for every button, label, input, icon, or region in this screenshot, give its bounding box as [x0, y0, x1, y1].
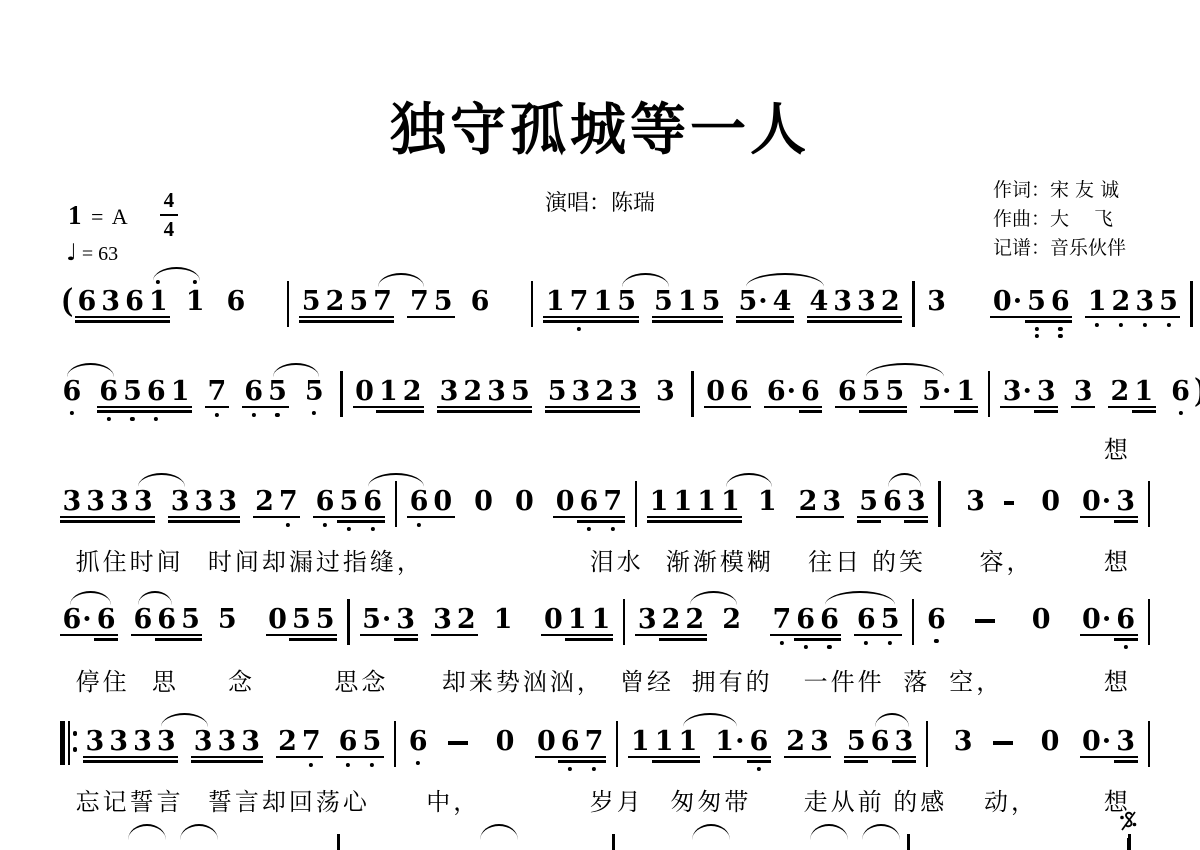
- note: 3: [951, 728, 975, 756]
- note: 3: [107, 728, 131, 756]
- low-octave-dot: [371, 527, 375, 531]
- note: 3: [831, 288, 855, 316]
- note: 3: [1034, 378, 1058, 406]
- note: 3: [99, 288, 123, 316]
- note: 3: [617, 378, 641, 406]
- barline: [394, 721, 397, 767]
- low-octave-dot: [312, 411, 316, 415]
- low-octave-dot: [1178, 411, 1182, 415]
- note: 6·: [60, 606, 94, 634]
- low-octave-dot: [568, 767, 572, 771]
- note: 6: [1169, 378, 1193, 406]
- note: 3: [808, 728, 832, 756]
- note: 2: [878, 288, 902, 316]
- note: 5: [215, 606, 239, 634]
- note: 6: [1048, 288, 1072, 316]
- low-octave-dot: [1124, 645, 1128, 649]
- note: 6: [94, 606, 118, 634]
- low-octave-dot: [864, 641, 868, 645]
- time-signature-bottom: 4: [164, 216, 175, 240]
- note: 2: [400, 378, 424, 406]
- note: 3: [108, 488, 132, 516]
- note: 0: [431, 488, 455, 516]
- barline: [907, 834, 910, 850]
- time-signature: 4 4: [160, 190, 179, 240]
- note: 3: [216, 488, 240, 516]
- note: 1: [719, 488, 743, 516]
- note: 3: [131, 488, 155, 516]
- note: 5: [1157, 288, 1181, 316]
- lyrics-row: 停住思念思念却来势汹汹，曾经拥有的一件件落空，想: [60, 662, 1180, 694]
- note: 1: [376, 378, 400, 406]
- note: 2: [659, 606, 683, 634]
- barline: [1127, 838, 1130, 850]
- lyric-segment: 却来势汹汹，: [442, 662, 604, 697]
- low-octave-dot: [1058, 327, 1062, 331]
- lyric-segment: 抓住时间: [76, 542, 184, 577]
- barline: [1190, 281, 1193, 327]
- low-octave-dot: [417, 523, 421, 527]
- note: 3: [437, 378, 461, 406]
- note: 1: [168, 378, 192, 406]
- slur-arc: [378, 273, 424, 287]
- barline: [623, 599, 626, 645]
- note: 6: [924, 606, 948, 634]
- note: 6: [854, 606, 878, 634]
- note: 6: [577, 488, 601, 516]
- note: 2: [276, 728, 300, 756]
- note: 1: [695, 488, 719, 516]
- note: 3: [653, 378, 677, 406]
- barline: [1148, 481, 1151, 527]
- note: 3: [485, 378, 509, 406]
- note: 1: [589, 606, 613, 634]
- time-signature-top: 4: [160, 190, 179, 216]
- lyrics-row: 忘记誓言誓言却回荡心中，岁月匆匆带走从前的感动，想: [60, 782, 1180, 814]
- low-octave-dot: [286, 523, 290, 527]
- note: 2: [461, 378, 485, 406]
- lyric-segment: 落: [903, 662, 930, 697]
- note: 3: [820, 488, 844, 516]
- note: 3·: [1000, 378, 1034, 406]
- note: 3: [60, 488, 84, 516]
- note: 6: [794, 606, 818, 634]
- lyric-segment: 想: [1104, 542, 1131, 577]
- note: 1: [954, 378, 978, 406]
- note: 5: [121, 378, 145, 406]
- note: 2: [454, 606, 478, 634]
- low-octave-dot: [592, 767, 596, 771]
- barline: [616, 721, 619, 767]
- note: 6: [1114, 606, 1138, 634]
- slur-arc: [683, 713, 737, 727]
- note: 7: [205, 378, 229, 406]
- note: 2: [784, 728, 808, 756]
- note: 6: [407, 488, 431, 516]
- note: 0: [553, 488, 577, 516]
- note: 0·: [1080, 606, 1114, 634]
- note: 3: [154, 728, 178, 756]
- lyric-segment: 岁月: [590, 782, 644, 817]
- low-octave-dot: [107, 417, 111, 421]
- note: 6: [97, 378, 121, 406]
- barline: [926, 721, 929, 767]
- note: 0: [704, 378, 728, 406]
- slur-arc: [368, 473, 424, 487]
- note: 4: [807, 288, 831, 316]
- slur-arc: [622, 273, 669, 287]
- lyric-segment: 空，: [949, 662, 1003, 697]
- note: 6: [242, 378, 266, 406]
- low-octave-dot: [804, 645, 808, 649]
- note: 3: [83, 728, 107, 756]
- barline: [988, 371, 991, 417]
- note: 7: [276, 488, 300, 516]
- note: 7: [567, 288, 591, 316]
- slur-arc: [161, 713, 208, 727]
- lyric-segment: 泪水: [590, 542, 644, 577]
- slur-arc: [128, 824, 166, 840]
- dash-note: [975, 619, 995, 623]
- notation-line: 6·666550555·3321011322276665600·6: [60, 606, 1160, 636]
- low-octave-dot: [587, 527, 591, 531]
- barline: [912, 281, 915, 327]
- note: 6: [868, 728, 892, 756]
- note: 0: [472, 488, 496, 516]
- note: 6: [406, 728, 430, 756]
- note: 3: [1133, 288, 1157, 316]
- low-octave-dot: [70, 411, 74, 415]
- note: 6: [468, 288, 492, 316]
- note: 0: [266, 606, 290, 634]
- note: 5·: [360, 606, 394, 634]
- barline: [287, 281, 290, 327]
- slur-arc: [875, 713, 909, 727]
- note: 2: [593, 378, 617, 406]
- note: 7: [407, 288, 431, 316]
- note: 4: [770, 288, 794, 316]
- note: 5: [652, 288, 676, 316]
- note: 5: [615, 288, 639, 316]
- barline: [691, 371, 694, 417]
- lyric-segment: 誓言却回荡心: [208, 782, 370, 817]
- note: 0: [493, 728, 517, 756]
- note: 3: [569, 378, 593, 406]
- barline: [531, 281, 534, 327]
- note: 3: [1071, 378, 1095, 406]
- slur-arc: [810, 824, 848, 840]
- note: 5: [179, 606, 203, 634]
- note: 3: [394, 606, 418, 634]
- note: 6: [336, 728, 360, 756]
- key-equals: =: [91, 204, 105, 229]
- note: 0: [1038, 728, 1062, 756]
- note: 3: [855, 288, 879, 316]
- note: 7: [601, 488, 625, 516]
- note: 3: [192, 488, 216, 516]
- lyrics-row: 想: [60, 430, 1180, 462]
- lyric-segment: 的感: [893, 782, 947, 817]
- note: 0: [353, 378, 377, 406]
- barline: [1148, 721, 1151, 767]
- key-signature: 1 = A: [68, 200, 130, 231]
- note: 1: [591, 288, 615, 316]
- low-octave-dot: [252, 413, 256, 417]
- low-octave-dot: [215, 413, 219, 417]
- note: 3: [239, 728, 263, 756]
- notation-line: 33333332765600671111·623563300·3: [60, 728, 1160, 758]
- lyric-segment: 曾经: [620, 662, 674, 697]
- note: 6: [835, 378, 859, 406]
- note: 1·: [713, 728, 747, 756]
- credit-lyricist: 作词：宋 友 诚: [993, 176, 1126, 205]
- note: 5: [266, 378, 290, 406]
- note: 2: [796, 488, 820, 516]
- lyric-segment: 忘记誓言: [76, 782, 184, 817]
- note: 2: [1109, 288, 1133, 316]
- lyric-segment: 拥有的: [692, 662, 773, 697]
- note: 5·: [920, 378, 954, 406]
- low-octave-dot: [1119, 323, 1123, 327]
- barline: [395, 481, 398, 527]
- lyric-segment: 想: [1104, 430, 1131, 465]
- note: 5: [347, 288, 371, 316]
- slur-arc: [138, 473, 185, 487]
- tempo-marking: ♩ = 63: [66, 240, 118, 266]
- note: 6: [131, 606, 155, 634]
- note: 7: [371, 288, 395, 316]
- note: 3: [84, 488, 108, 516]
- lyric-segment: 走从前: [804, 782, 885, 817]
- barline: [938, 481, 941, 527]
- lyric-segment: 的笑: [872, 542, 926, 577]
- note: 2: [323, 288, 347, 316]
- note: 6: [144, 378, 168, 406]
- slur-arc: [746, 273, 824, 287]
- note: 5: [508, 378, 532, 406]
- note: 0: [541, 606, 565, 634]
- lyric-segment: 动，: [984, 782, 1038, 817]
- credit-notation: 记谱：音乐伙伴: [993, 234, 1126, 263]
- low-octave-dot: [1034, 334, 1038, 338]
- lyric-segment: 时间却漏过指缝，: [208, 542, 424, 577]
- note: 5: [878, 606, 902, 634]
- note: 2: [720, 606, 744, 634]
- dash-note: [448, 741, 468, 745]
- credit-composer: 作曲：大 飞: [993, 205, 1126, 234]
- notation-line: 33333332765660000671111123563300·3: [60, 488, 1160, 518]
- note: 6: [747, 728, 771, 756]
- lyric-segment: 中，: [426, 782, 480, 817]
- low-octave-dot: [611, 527, 615, 531]
- note: 5: [313, 606, 337, 634]
- note: 0: [512, 488, 536, 516]
- note: 1: [565, 606, 589, 634]
- note: 1: [671, 488, 695, 516]
- note: 5: [857, 488, 881, 516]
- note: 5: [302, 378, 326, 406]
- lyric-segment: 渐渐模糊: [666, 542, 774, 577]
- note: 3: [925, 288, 949, 316]
- sheet-page: 独守孤城等一人 演唱：陈瑞 作词：宋 友 诚 作曲：大 飞 记谱：音乐伙伴 1 …: [0, 0, 1200, 850]
- note: 5: [859, 378, 883, 406]
- barline: [1148, 599, 1151, 645]
- note: 3: [635, 606, 659, 634]
- note: 5: [360, 728, 384, 756]
- note: 1: [652, 728, 676, 756]
- note: 6: [224, 288, 248, 316]
- tempo-value: 63: [98, 243, 118, 265]
- slur-arc: [866, 363, 944, 377]
- note: 2: [1108, 378, 1132, 406]
- note: 5: [289, 606, 313, 634]
- lyric-segment: 容，: [980, 542, 1034, 577]
- slur-arc: [67, 363, 114, 377]
- slur-arc: [153, 267, 200, 281]
- low-octave-dot: [1143, 323, 1147, 327]
- parenthesis: (: [60, 285, 75, 315]
- note: 6: [558, 728, 582, 756]
- note: 3: [964, 488, 988, 516]
- low-octave-dot: [130, 417, 134, 421]
- note: 3: [168, 488, 192, 516]
- low-octave-dot: [416, 761, 420, 765]
- tempo-equals: =: [82, 243, 93, 265]
- barline: [635, 481, 638, 527]
- low-octave-dot: [934, 639, 938, 643]
- note: 6: [881, 488, 905, 516]
- lyric-segment: 往日: [808, 542, 862, 577]
- note: 1: [543, 288, 567, 316]
- note: 0: [1039, 488, 1063, 516]
- low-octave-dot: [309, 763, 313, 767]
- note: 1: [676, 728, 700, 756]
- low-octave-dot: [346, 763, 350, 767]
- note: 3: [904, 488, 928, 516]
- notation-line: (636116525775617155155·4433230·561235: [60, 288, 1160, 318]
- parenthesis: ): [1192, 375, 1200, 405]
- note: 0·: [990, 288, 1024, 316]
- dash-note: [1004, 501, 1013, 505]
- low-octave-dot: [888, 641, 892, 645]
- slur-arc: [480, 824, 518, 840]
- slur-arc: [726, 473, 772, 487]
- note: 5: [337, 488, 361, 516]
- note: 6: [818, 606, 842, 634]
- note: 6·: [764, 378, 798, 406]
- note: 3: [892, 728, 916, 756]
- note: 0·: [1080, 728, 1114, 756]
- note: 5: [844, 728, 868, 756]
- note: 3: [1114, 488, 1138, 516]
- note: 5·: [736, 288, 770, 316]
- barline: [347, 599, 350, 645]
- note: 3: [1114, 728, 1138, 756]
- low-octave-dot: [1034, 327, 1038, 331]
- note: 3: [215, 728, 239, 756]
- segno-icon: [1118, 810, 1138, 839]
- lyric-segment: 念: [228, 662, 255, 697]
- barline: [340, 371, 343, 417]
- note: 5: [1025, 288, 1049, 316]
- note: 6: [75, 288, 99, 316]
- low-octave-dot: [323, 523, 327, 527]
- lyric-segment: 停住: [76, 662, 130, 697]
- key-time-signature: 1 = A 4 4: [68, 190, 178, 240]
- repeat-start-sign: [60, 721, 77, 765]
- slur-arc: [862, 824, 900, 840]
- note: 6: [155, 606, 179, 634]
- barline: [612, 834, 615, 850]
- note: 1: [628, 728, 652, 756]
- lyric-segment: 思: [152, 662, 179, 697]
- note: 7: [582, 728, 606, 756]
- slur-arc: [692, 824, 730, 840]
- slur-arc: [690, 591, 737, 605]
- note: 6: [728, 378, 752, 406]
- note: 5: [299, 288, 323, 316]
- notation-line: 665617655012323553233066·66555·13·33216)…: [60, 378, 1160, 408]
- low-octave-dot: [757, 767, 761, 771]
- low-octave-dot: [275, 413, 279, 417]
- low-octave-dot: [1095, 323, 1099, 327]
- slur-arc: [888, 473, 921, 487]
- slur-arc: [180, 824, 218, 840]
- slur-arc: [273, 363, 319, 377]
- note: 1: [146, 288, 170, 316]
- note: 0: [1029, 606, 1053, 634]
- lyric-segment: 匆匆带: [670, 782, 751, 817]
- note: 1: [183, 288, 207, 316]
- lyric-segment: 思念: [334, 662, 388, 697]
- song-title: 独守孤城等一人: [0, 86, 1200, 166]
- lyric-segment: 一件件: [804, 662, 885, 697]
- low-octave-dot: [1166, 323, 1170, 327]
- low-octave-dot: [370, 763, 374, 767]
- note: 6: [123, 288, 147, 316]
- note: 7: [770, 606, 794, 634]
- note: 3: [431, 606, 455, 634]
- key-letter: A: [112, 204, 130, 229]
- note: 1: [675, 288, 699, 316]
- low-octave-dot: [347, 527, 351, 531]
- credits-block: 作词：宋 友 诚 作曲：大 飞 记谱：音乐伙伴: [993, 176, 1126, 263]
- note: 6: [361, 488, 385, 516]
- note: 2: [253, 488, 277, 516]
- note: 5: [699, 288, 723, 316]
- low-octave-dot: [827, 645, 831, 649]
- slur-arc: [138, 591, 172, 605]
- lyrics-row: 抓住时间时间却漏过指缝，泪水渐渐模糊往日的笑容，想: [60, 542, 1180, 574]
- key-number: 1: [68, 200, 84, 230]
- low-octave-dot: [1058, 334, 1062, 338]
- low-octave-dot: [577, 327, 581, 331]
- note: 5: [431, 288, 455, 316]
- lyric-segment: 想: [1104, 662, 1131, 697]
- slur-arc: [70, 591, 111, 605]
- slur-arc: [825, 591, 895, 605]
- note: 7: [299, 728, 323, 756]
- low-octave-dot: [780, 641, 784, 645]
- quarter-note-icon: ♩: [66, 240, 77, 266]
- low-octave-dot: [154, 417, 158, 421]
- note: 1: [647, 488, 671, 516]
- note: 1: [755, 488, 779, 516]
- note: 2: [683, 606, 707, 634]
- note: 5: [883, 378, 907, 406]
- dash-note: [993, 741, 1013, 745]
- note: 6: [60, 378, 84, 406]
